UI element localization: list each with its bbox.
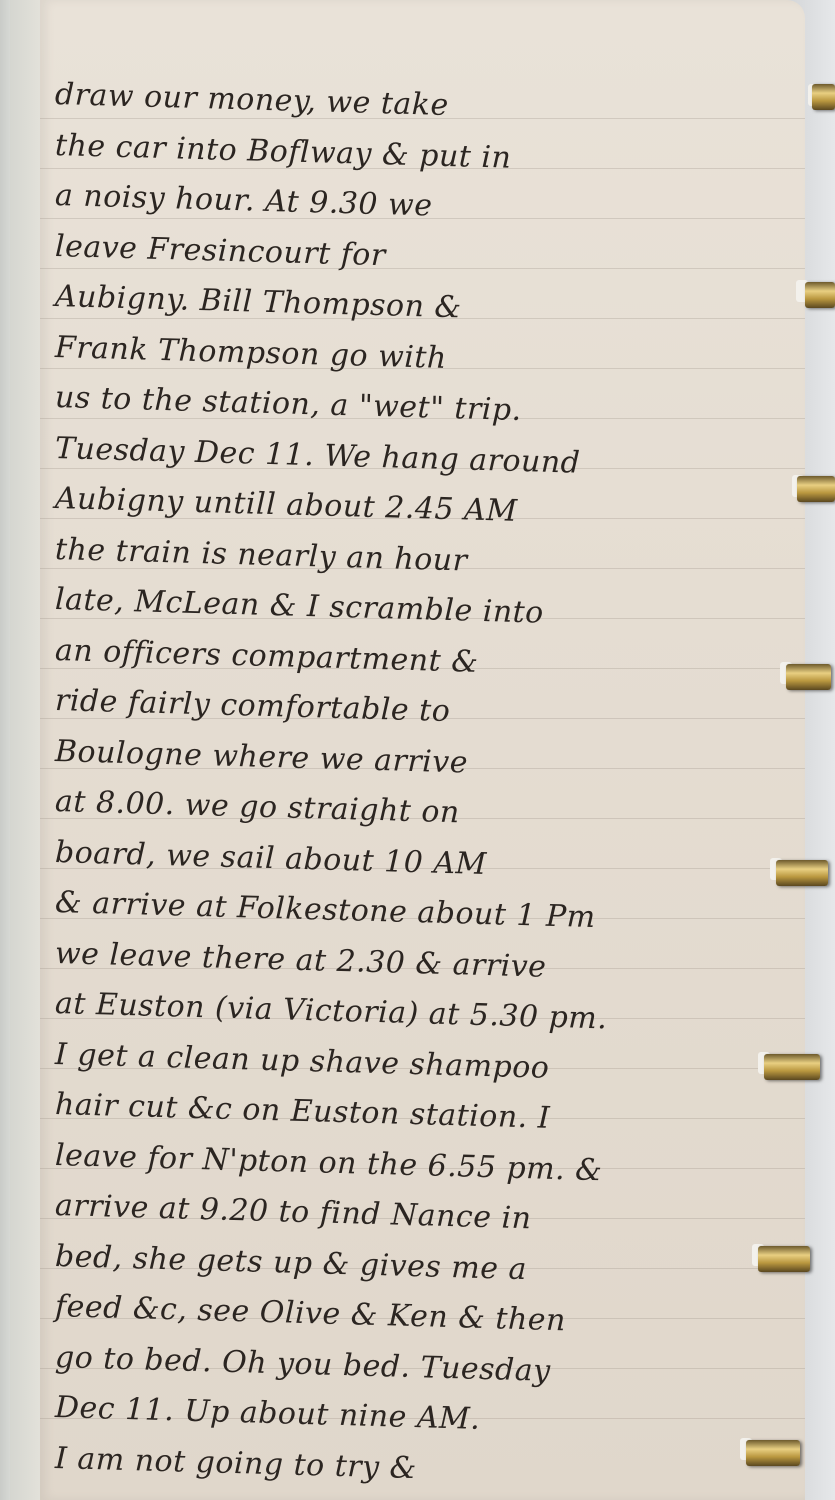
binder-ring	[805, 282, 835, 308]
binder-ring	[786, 664, 831, 690]
binder-ring	[758, 1246, 810, 1272]
binder-ring	[812, 84, 835, 110]
binder-ring	[764, 1054, 820, 1080]
handwritten-text: draw our money, we take the car into Bof…	[55, 70, 775, 1484]
binder-ring	[776, 860, 828, 886]
binder-ring	[797, 476, 835, 502]
binder-ring	[746, 1440, 800, 1466]
